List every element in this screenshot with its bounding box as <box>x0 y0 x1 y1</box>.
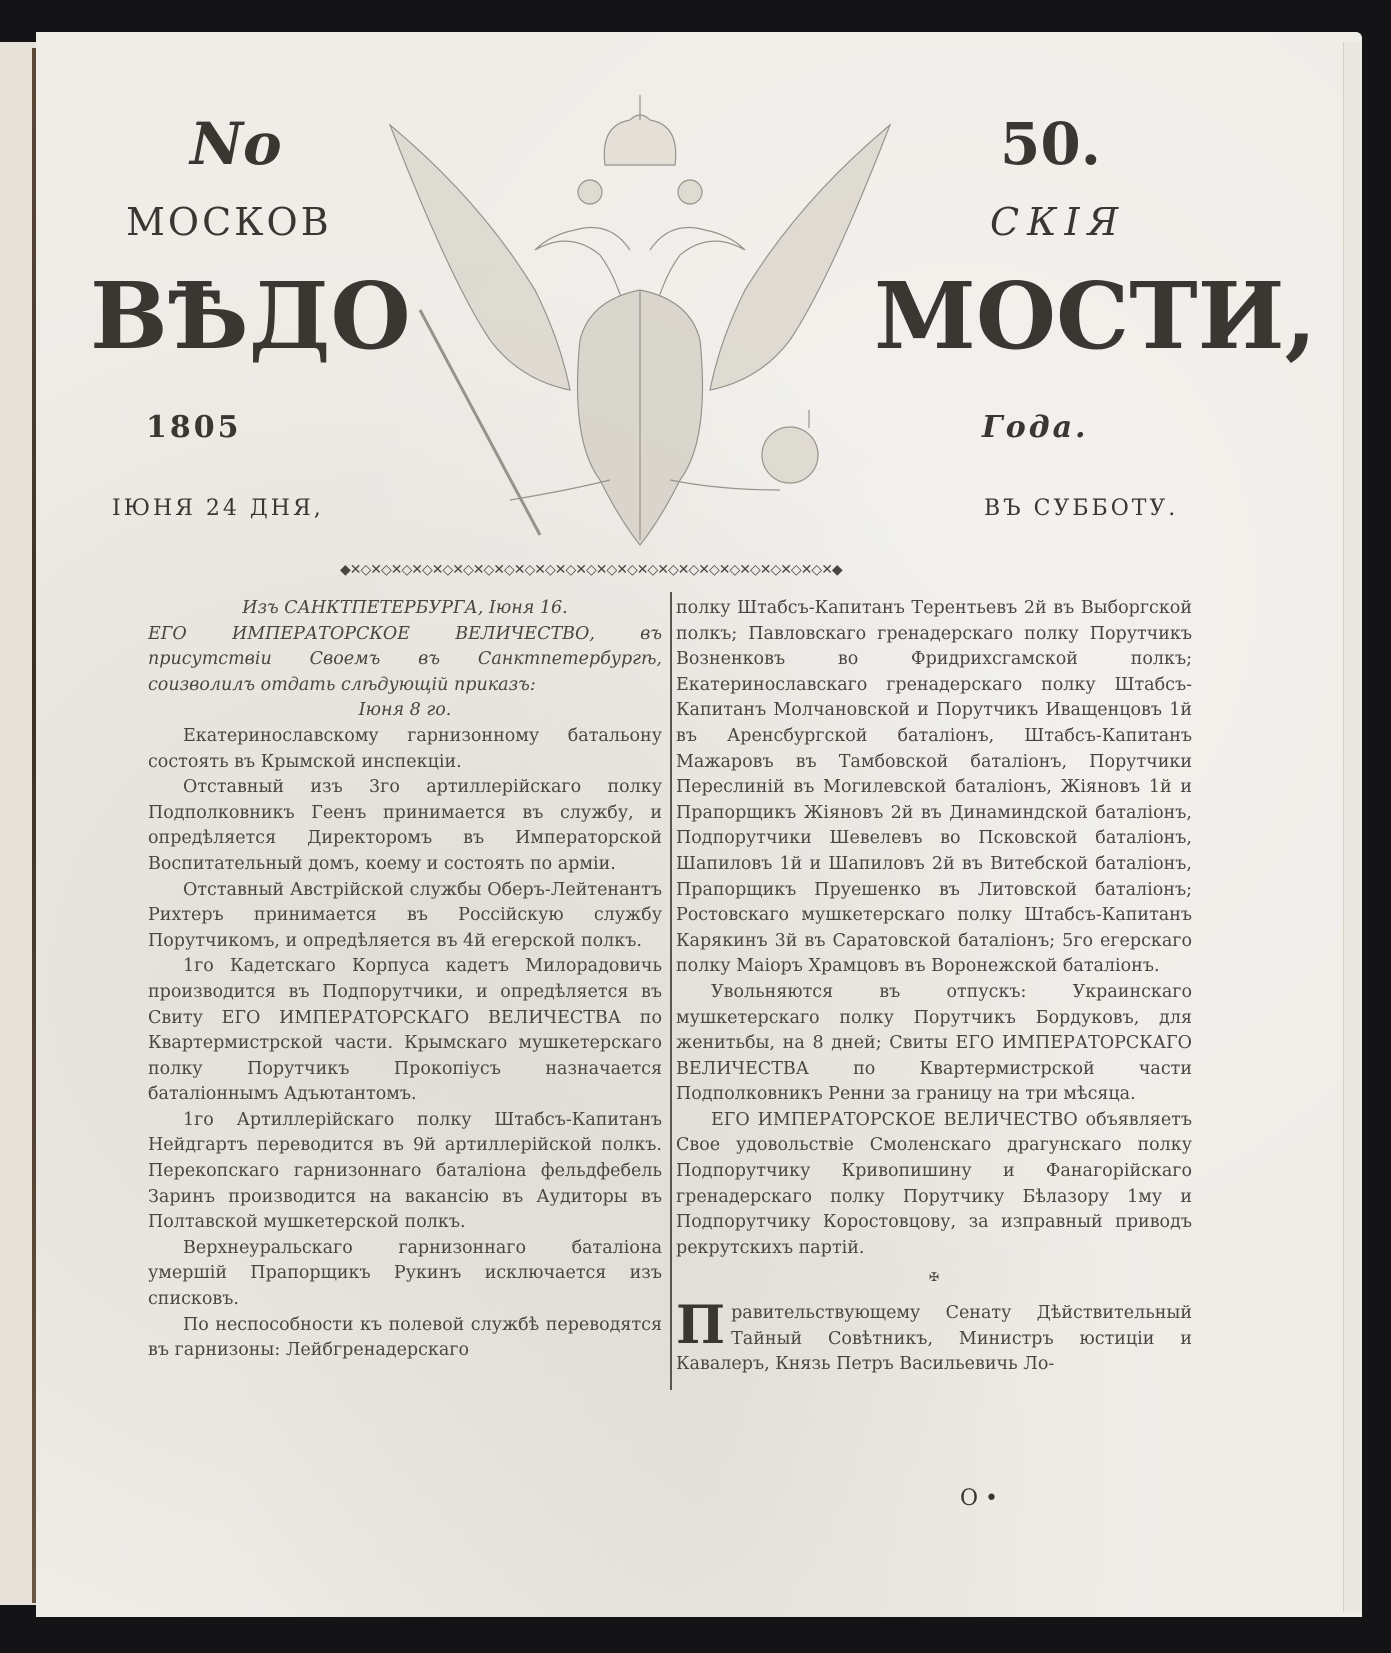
year-suffix: Года. <box>982 410 1088 445</box>
column-rule <box>670 592 672 1390</box>
article-paragraph: Верхнеуральскаго гарнизоннаго баталіона … <box>148 1236 662 1313</box>
final-paragraph-text: равительствующему Сенату Дѣйствительный … <box>676 1303 1192 1374</box>
right-column: полку Штабсъ-Капитанъ Терентьевъ 2й въ В… <box>676 596 1192 1378</box>
page-stack-edge <box>1343 42 1362 1612</box>
double-headed-eagle-icon <box>360 80 920 580</box>
issue-date: ІЮНЯ 24 ДНЯ, <box>112 496 324 521</box>
article-paragraph: Увольняются въ отпускъ: Украинскаго мушк… <box>676 980 1192 1108</box>
issue-number: 50. <box>1000 110 1101 178</box>
title-part-moskov: МОСКОВ <box>126 200 332 244</box>
article-paragraph: Отставный изъ 3го артиллерійскаго полку … <box>148 775 662 877</box>
final-paragraph: Правительствующему Сенату Дѣйствительный… <box>676 1301 1192 1378</box>
cross-separator-icon: ✠ <box>676 1265 1192 1291</box>
left-column: Изъ САНКТПЕТЕРБУРГА, Іюня 16. ЕГО ИМПЕРА… <box>148 596 662 1364</box>
article-paragraph: 1го Артиллерійскаго полку Штабсъ-Капитан… <box>148 1108 662 1236</box>
article-paragraph: Екатеринославскому гарнизонному батальон… <box>148 724 662 775</box>
decorative-divider: ◆✕◇✕◇✕◇✕◇✕◇✕◇✕◇✕◇✕◇✕◇✕◇✕◇✕◇✕◇✕◇✕◇✕◇✕◇✕◇✕… <box>340 562 980 578</box>
drop-cap: П <box>676 1303 725 1349</box>
title-part-mosti: МОСТИ, <box>874 262 1317 370</box>
article-paragraph: ЕГО ИМПЕРАТОРСКОЕ ВЕЛИЧЕСТВО объявляетъ … <box>676 1108 1192 1262</box>
article-paragraph: По неспособности къ полевой службѣ перев… <box>148 1313 662 1364</box>
issue-number-label: No <box>190 110 282 178</box>
previous-page-edge <box>0 42 36 1605</box>
issue-weekday: ВЪ СУББОТУ. <box>984 496 1178 521</box>
year: 1805 <box>146 410 242 445</box>
article-paragraph: полку Штабсъ-Капитанъ Терентьевъ 2й въ В… <box>676 596 1192 980</box>
signature-mark: О • <box>960 1486 998 1511</box>
article-paragraph: 1го Кадетскаго Корпуса кадетъ Милорадови… <box>148 954 662 1108</box>
title-part-skiya: СКІЯ <box>990 200 1126 244</box>
order-date: Іюня 8 го. <box>148 698 662 724</box>
article-paragraph: Отставный Австрійской службы Оберъ-Лейте… <box>148 878 662 955</box>
lead-paragraph: ЕГО ИМПЕРАТОРСКОЕ ВЕЛИЧЕСТВО, въ присутс… <box>148 622 662 699</box>
dateline: Изъ САНКТПЕТЕРБУРГА, Іюня 16. <box>148 596 662 622</box>
